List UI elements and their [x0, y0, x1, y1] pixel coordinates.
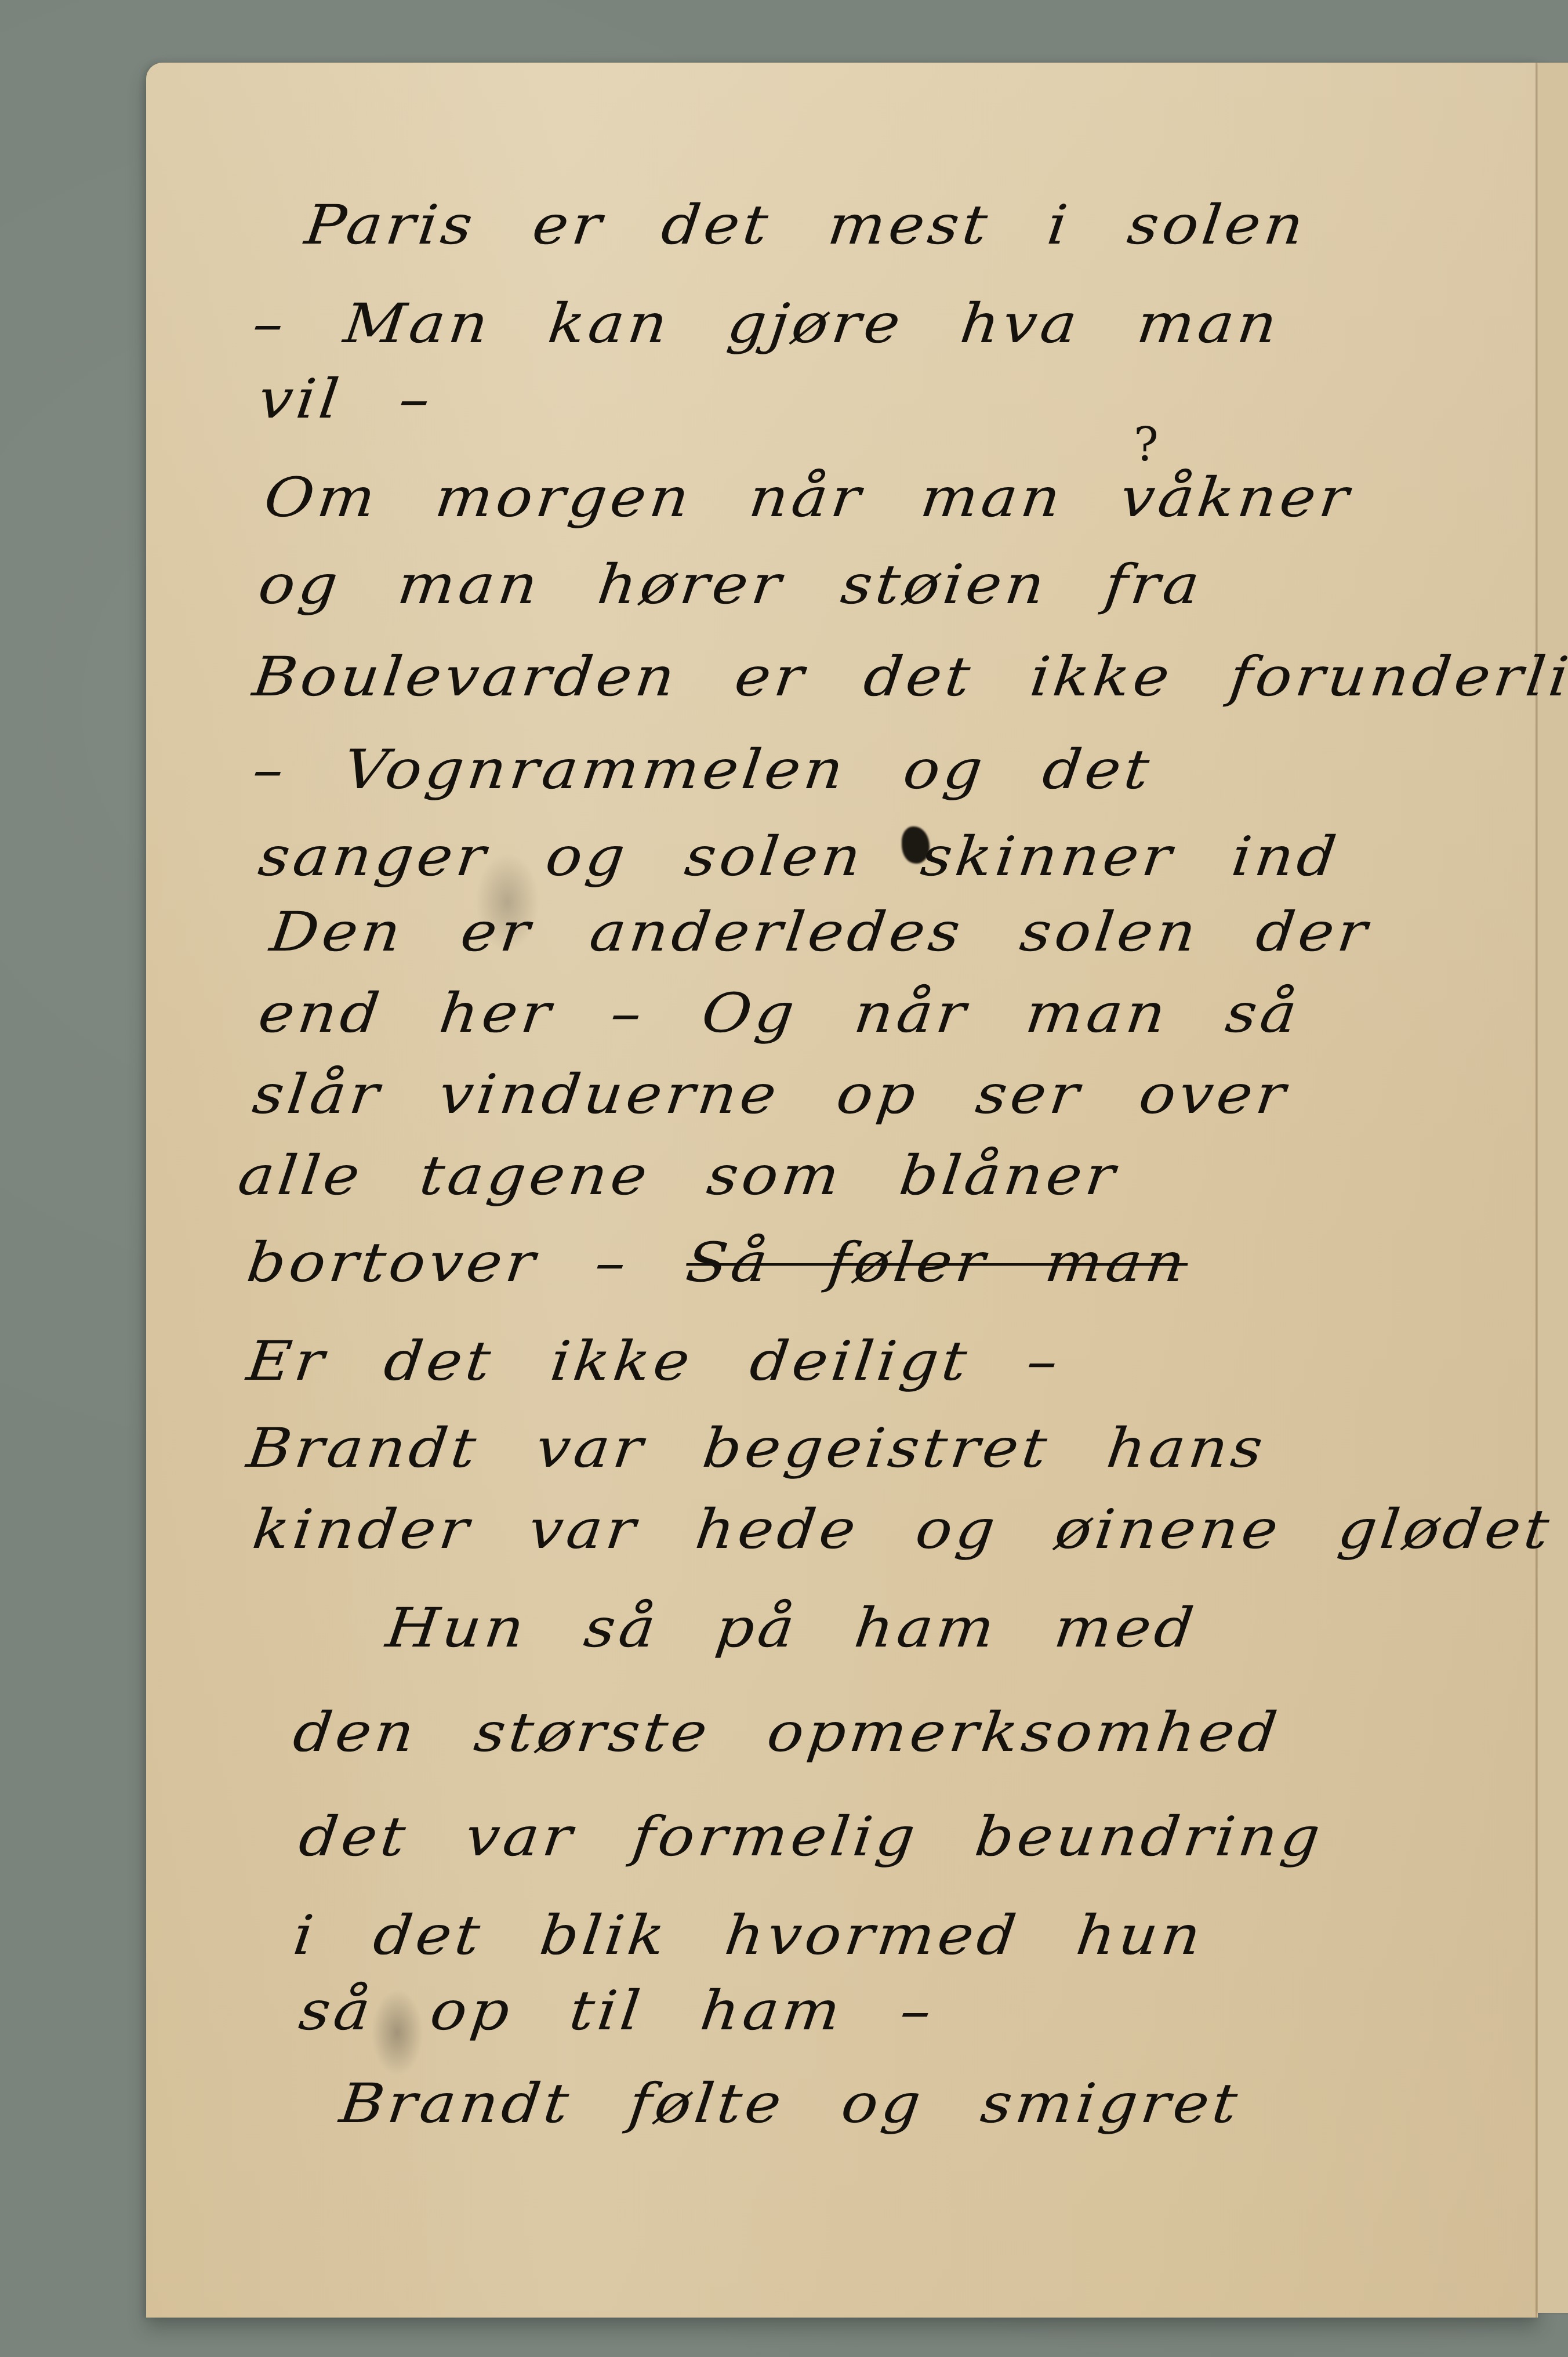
insertion-mark: ?	[1134, 418, 1159, 472]
manuscript-line-16: kinder var hede og øinene glødet	[249, 1497, 1556, 1561]
line-13-text: bortover –	[244, 1231, 690, 1294]
manuscript-line-17: Hun så på ham med	[383, 1596, 1200, 1660]
page-fold	[1536, 63, 1537, 2318]
manuscript-line-21: så op til ham –	[296, 1979, 938, 2043]
manuscript-line-22: Brandt følte og smigret	[336, 2072, 1244, 2135]
manuscript-line-4: Om morgen når man våkner	[261, 465, 1355, 529]
manuscript-line-10: end her – Og når man så	[255, 981, 1304, 1045]
manuscript-line-9: Den er anderledes solen der	[267, 900, 1374, 964]
struck-through-text: Så føler man	[683, 1231, 1191, 1294]
manuscript-line-14: Er det ikke deiligt –	[244, 1329, 1065, 1393]
manuscript-line-2: – Man kan gjøre hva man	[249, 291, 1284, 355]
manuscript-line-15: Brandt var begeistret hans	[244, 1416, 1269, 1480]
manuscript-line-8: sanger og solen skinner ind	[255, 825, 1343, 889]
manuscript-line-7: – Vognrammelen og det	[249, 738, 1156, 802]
facing-page-edge	[1538, 63, 1568, 2313]
manuscript-line-1: Paris er det mest i solen	[302, 193, 1310, 256]
manuscript-line-20: i det blik hvormed hun	[290, 1903, 1207, 1967]
manuscript-line-6: Boulevarden er det ikke forunderligt	[249, 645, 1568, 709]
manuscript-line-11: slår vinduerne op ser over	[249, 1063, 1292, 1126]
manuscript-line-12: alle tagene som blåner	[235, 1144, 1121, 1207]
manuscript-line-5: og man hører støien fra	[255, 552, 1206, 616]
manuscript-line-13: bortover – Så føler man	[244, 1231, 1192, 1294]
manuscript-line-3: vil –	[255, 367, 437, 430]
manuscript-line-18: den største opmerksomhed	[290, 1700, 1284, 1764]
manuscript-line-19: det var formelig beundring	[296, 1805, 1327, 1869]
